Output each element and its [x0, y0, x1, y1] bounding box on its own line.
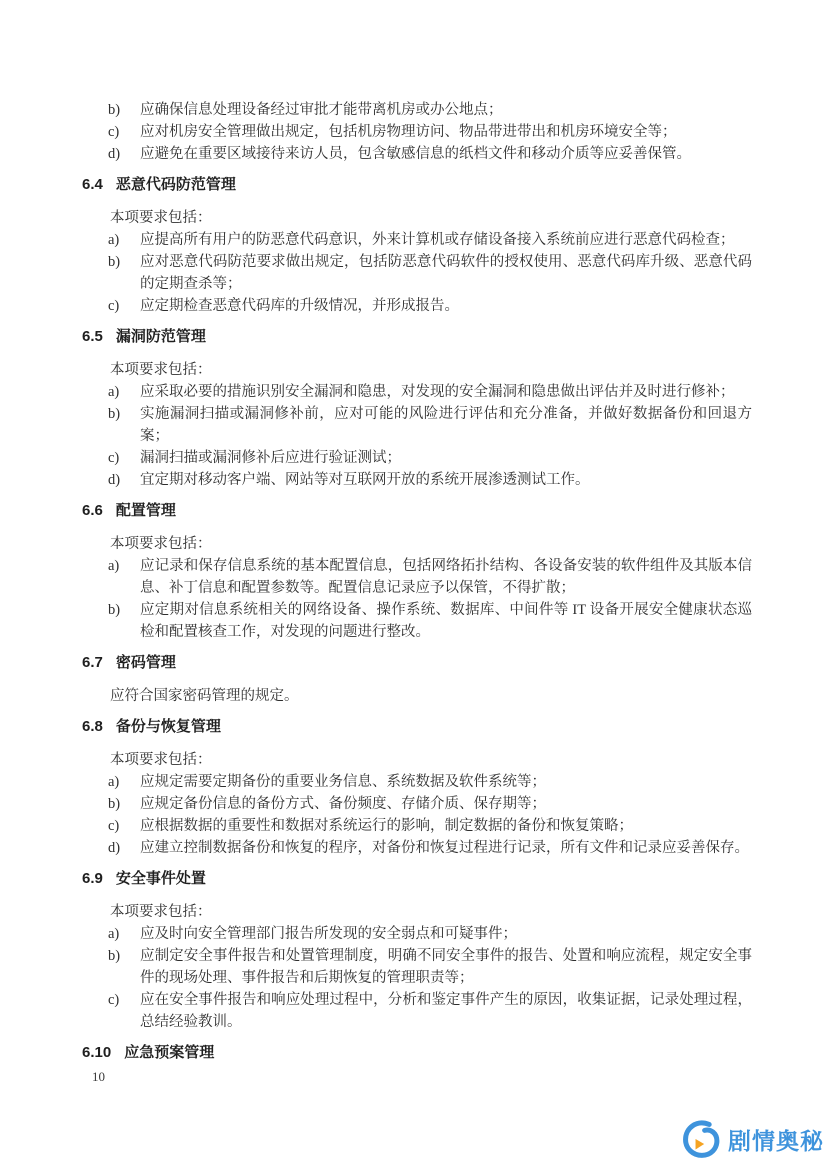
section-6-4: 6.4 恶意代码防范管理 本项要求包括： a) 应提高所有用户的防恶意代码意识，… — [82, 174, 752, 317]
item-text: 应定期对信息系统相关的网络设备、操作系统、数据库、中间件等 IT 设备开展安全健… — [140, 599, 752, 643]
item-text: 漏洞扫描或漏洞修补后应进行验证测试； — [140, 447, 752, 469]
item-marker: c) — [108, 447, 140, 469]
item-marker: a) — [108, 381, 140, 403]
intro-list: b) 应确保信息处理设备经过审批才能带离机房或办公地点； c) 应对机房安全管理… — [82, 99, 752, 165]
section-title: 恶意代码防范管理 — [116, 174, 236, 196]
section-6-7: 6.7 密码管理 应符合国家密码管理的规定。 — [82, 652, 752, 707]
item-marker: d) — [108, 837, 140, 859]
item-marker: b) — [108, 945, 140, 967]
list-item: b) 应定期对信息系统相关的网络设备、操作系统、数据库、中间件等 IT 设备开展… — [108, 599, 752, 643]
list-item: b) 应规定备份信息的备份方式、备份频度、存储介质、保存期等； — [108, 793, 752, 815]
list-item: a) 应采取必要的措施识别安全漏洞和隐患，对发现的安全漏洞和隐患做出评估并及时进… — [108, 381, 752, 403]
item-text: 应规定备份信息的备份方式、备份频度、存储介质、保存期等； — [140, 793, 752, 815]
section-heading: 6.4 恶意代码防范管理 — [82, 174, 752, 196]
section-list: a) 应规定需要定期备份的重要业务信息、系统数据及软件系统等； b) 应规定备份… — [82, 771, 752, 859]
section-heading: 6.10 应急预案管理 — [82, 1042, 752, 1064]
item-marker: c) — [108, 295, 140, 317]
item-text: 应定期检查恶意代码库的升级情况，并形成报告。 — [140, 295, 752, 317]
item-marker: c) — [108, 989, 140, 1011]
item-marker: d) — [108, 143, 140, 165]
item-text: 应在安全事件报告和响应处理过程中，分析和鉴定事件产生的原因，收集证据，记录处理过… — [140, 989, 752, 1033]
document-content: b) 应确保信息处理设备经过审批才能带离机房或办公地点； c) 应对机房安全管理… — [82, 99, 752, 1075]
section-title: 配置管理 — [116, 500, 176, 522]
list-item: d) 宜定期对移动客户端、网站等对互联网开放的系统开展渗透测试工作。 — [108, 469, 752, 491]
section-heading: 6.5 漏洞防范管理 — [82, 326, 752, 348]
list-item: b) 实施漏洞扫描或漏洞修补前，应对可能的风险进行评估和充分准备，并做好数据备份… — [108, 403, 752, 447]
section-title: 漏洞防范管理 — [116, 326, 206, 348]
item-text: 应避免在重要区域接待来访人员，包含敏感信息的纸档文件和移动介质等应妥善保管。 — [140, 143, 752, 165]
item-marker: b) — [108, 793, 140, 815]
list-item: c) 应在安全事件报告和响应处理过程中，分析和鉴定事件产生的原因，收集证据，记录… — [108, 989, 752, 1033]
section-title: 安全事件处置 — [116, 868, 206, 890]
list-item: c) 漏洞扫描或漏洞修补后应进行验证测试； — [108, 447, 752, 469]
list-item: d) 应避免在重要区域接待来访人员，包含敏感信息的纸档文件和移动介质等应妥善保管… — [108, 143, 752, 165]
list-item: b) 应制定安全事件报告和处置管理制度，明确不同安全事件的报告、处置和响应流程，… — [108, 945, 752, 989]
item-text: 应对机房安全管理做出规定，包括机房物理访问、物品带进带出和机房环境安全等； — [140, 121, 752, 143]
section-title: 应急预案管理 — [124, 1042, 214, 1064]
list-item: a) 应记录和保存信息系统的基本配置信息，包括网络拓扑结构、各设备安装的软件组件… — [108, 555, 752, 599]
list-item: d) 应建立控制数据备份和恢复的程序，对备份和恢复过程进行记录，所有文件和记录应… — [108, 837, 752, 859]
section-lead: 本项要求包括： — [110, 749, 752, 771]
section-6-5: 6.5 漏洞防范管理 本项要求包括： a) 应采取必要的措施识别安全漏洞和隐患，… — [82, 326, 752, 491]
item-marker: b) — [108, 99, 140, 121]
section-lead: 本项要求包括： — [110, 359, 752, 381]
item-text: 应建立控制数据备份和恢复的程序，对备份和恢复过程进行记录，所有文件和记录应妥善保… — [140, 837, 752, 859]
section-number: 6.4 — [82, 174, 103, 196]
section-title: 密码管理 — [116, 652, 176, 674]
list-item: a) 应及时向安全管理部门报告所发现的安全弱点和可疑事件； — [108, 923, 752, 945]
item-text: 应确保信息处理设备经过审批才能带离机房或办公地点； — [140, 99, 752, 121]
section-number: 6.6 — [82, 500, 103, 522]
section-list: a) 应记录和保存信息系统的基本配置信息，包括网络拓扑结构、各设备安装的软件组件… — [82, 555, 752, 643]
item-text: 应及时向安全管理部门报告所发现的安全弱点和可疑事件； — [140, 923, 752, 945]
document-page: b) 应确保信息处理设备经过审批才能带离机房或办公地点； c) 应对机房安全管理… — [0, 0, 827, 1170]
section-lead: 本项要求包括： — [110, 901, 752, 923]
list-item: b) 应对恶意代码防范要求做出规定，包括防恶意代码软件的授权使用、恶意代码库升级… — [108, 251, 752, 295]
section-lead: 本项要求包括： — [110, 533, 752, 555]
item-marker: c) — [108, 815, 140, 837]
play-icon-triangle — [696, 1139, 705, 1149]
item-text: 应规定需要定期备份的重要业务信息、系统数据及软件系统等； — [140, 771, 752, 793]
section-6-10: 6.10 应急预案管理 — [82, 1042, 752, 1064]
list-item: c) 应定期检查恶意代码库的升级情况，并形成报告。 — [108, 295, 752, 317]
section-number: 6.8 — [82, 716, 103, 738]
section-6-6: 6.6 配置管理 本项要求包括： a) 应记录和保存信息系统的基本配置信息，包括… — [82, 500, 752, 643]
item-text: 实施漏洞扫描或漏洞修补前，应对可能的风险进行评估和充分准备，并做好数据备份和回退… — [140, 403, 752, 447]
item-marker: d) — [108, 469, 140, 491]
item-marker: a) — [108, 923, 140, 945]
list-item: a) 应提高所有用户的防恶意代码意识，外来计算机或存储设备接入系统前应进行恶意代… — [108, 229, 752, 251]
item-text: 应根据数据的重要性和数据对系统运行的影响，制定数据的备份和恢复策略； — [140, 815, 752, 837]
page-number: 10 — [92, 1069, 105, 1085]
item-marker: b) — [108, 251, 140, 273]
list-item: c) 应对机房安全管理做出规定，包括机房物理访问、物品带进带出和机房环境安全等； — [108, 121, 752, 143]
section-heading: 6.7 密码管理 — [82, 652, 752, 674]
section-lead: 本项要求包括： — [110, 207, 752, 229]
play-drop-icon — [681, 1119, 721, 1159]
item-text: 应提高所有用户的防恶意代码意识，外来计算机或存储设备接入系统前应进行恶意代码检查… — [140, 229, 752, 251]
item-text: 应制定安全事件报告和处置管理制度，明确不同安全事件的报告、处置和响应流程，规定安… — [140, 945, 752, 989]
section-heading: 6.9 安全事件处置 — [82, 868, 752, 890]
section-lead: 应符合国家密码管理的规定。 — [110, 685, 752, 707]
item-marker: b) — [108, 403, 140, 425]
section-title: 备份与恢复管理 — [116, 716, 221, 738]
section-6-9: 6.9 安全事件处置 本项要求包括： a) 应及时向安全管理部门报告所发现的安全… — [82, 868, 752, 1033]
item-marker: a) — [108, 555, 140, 577]
section-list: a) 应提高所有用户的防恶意代码意识，外来计算机或存储设备接入系统前应进行恶意代… — [82, 229, 752, 317]
item-text: 宜定期对移动客户端、网站等对互联网开放的系统开展渗透测试工作。 — [140, 469, 752, 491]
item-text: 应对恶意代码防范要求做出规定，包括防恶意代码软件的授权使用、恶意代码库升级、恶意… — [140, 251, 752, 295]
section-number: 6.9 — [82, 868, 103, 890]
section-6-8: 6.8 备份与恢复管理 本项要求包括： a) 应规定需要定期备份的重要业务信息、… — [82, 716, 752, 859]
site-watermark: 剧情奥秘 — [681, 1119, 824, 1159]
section-number: 6.7 — [82, 652, 103, 674]
item-text: 应记录和保存信息系统的基本配置信息，包括网络拓扑结构、各设备安装的软件组件及其版… — [140, 555, 752, 599]
item-marker: c) — [108, 121, 140, 143]
item-marker: a) — [108, 229, 140, 251]
section-heading: 6.6 配置管理 — [82, 500, 752, 522]
section-list: a) 应采取必要的措施识别安全漏洞和隐患，对发现的安全漏洞和隐患做出评估并及时进… — [82, 381, 752, 491]
list-item: c) 应根据数据的重要性和数据对系统运行的影响，制定数据的备份和恢复策略； — [108, 815, 752, 837]
list-item: a) 应规定需要定期备份的重要业务信息、系统数据及软件系统等； — [108, 771, 752, 793]
section-number: 6.10 — [82, 1042, 111, 1064]
item-marker: a) — [108, 771, 140, 793]
section-heading: 6.8 备份与恢复管理 — [82, 716, 752, 738]
list-item: b) 应确保信息处理设备经过审批才能带离机房或办公地点； — [108, 99, 752, 121]
watermark-text: 剧情奥秘 — [728, 1123, 824, 1156]
item-marker: b) — [108, 599, 140, 621]
item-text: 应采取必要的措施识别安全漏洞和隐患，对发现的安全漏洞和隐患做出评估并及时进行修补… — [140, 381, 752, 403]
section-number: 6.5 — [82, 326, 103, 348]
section-list: a) 应及时向安全管理部门报告所发现的安全弱点和可疑事件； b) 应制定安全事件… — [82, 923, 752, 1033]
